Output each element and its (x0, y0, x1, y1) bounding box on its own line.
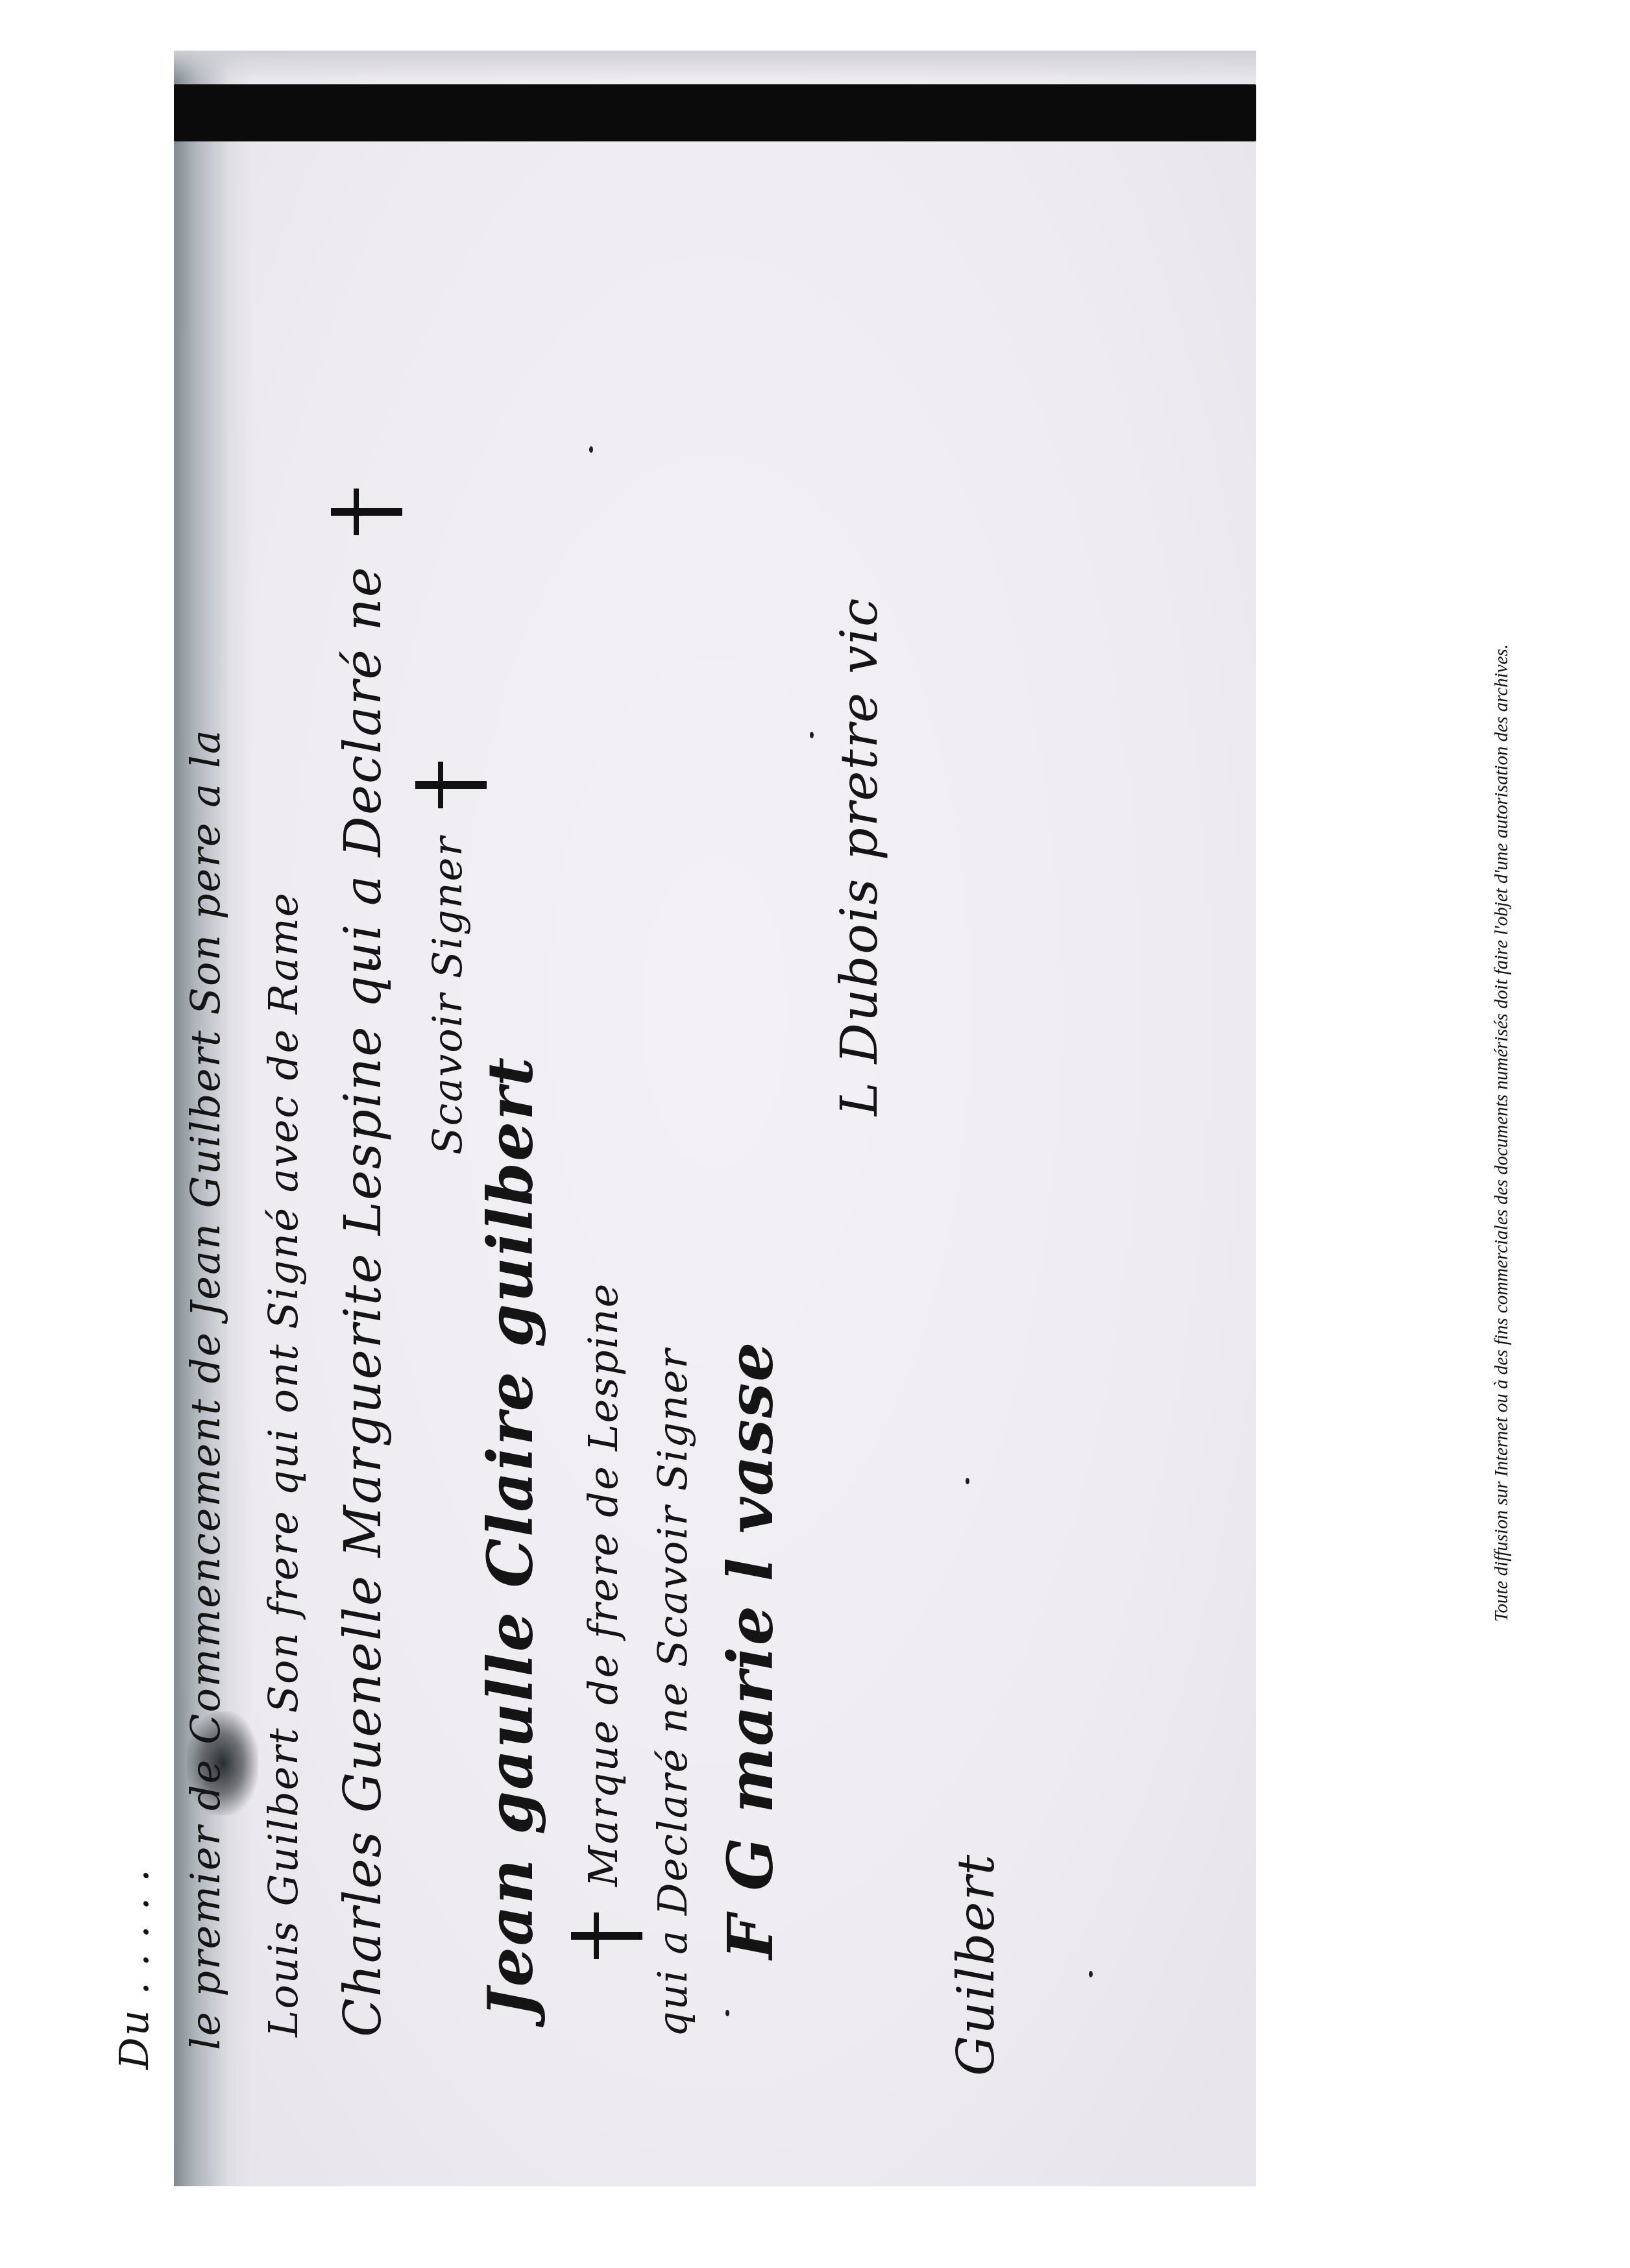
manuscript-line-3: Louis Guilbert Son frere qui ont Signé a… (260, 892, 307, 2037)
manuscript-line-8: qui a Declaré ne Scavoir Signer (649, 1348, 696, 2037)
manuscript-line-7: Marque de frere de Lespine (571, 1283, 642, 1972)
cross-mark-icon (571, 1914, 642, 1959)
manuscript-line-6: Jean gaulle Claire guilbert (474, 1056, 547, 2018)
ink-speck (1089, 1971, 1093, 1977)
manuscript-line-5-text: Scavoir Signer (424, 836, 471, 1155)
manuscript-line-4: Charles Guenelle Marguerite Lespine qui … (331, 477, 402, 2037)
manuscript-line-1: Du . . . . . (110, 1868, 158, 2069)
manuscript-line-10: L Dubois pretre vic (831, 597, 889, 1116)
manuscript-line-4-text: Charles Guenelle Marguerite Lespine qui … (334, 566, 393, 2037)
scan-top-edge-shadow (174, 51, 1256, 80)
archive-watermark: Toute diffusion sur Internet ou à des fi… (1491, 644, 1513, 1622)
manuscript-line-9: F G marie l vasse (714, 1341, 787, 1959)
cross-mark-icon (415, 763, 487, 808)
cross-mark-icon (331, 490, 402, 535)
manuscript-line-2: le premier de Commencement de Jean Guilb… (182, 729, 229, 2050)
manuscript-line-11: Guilbert (947, 1853, 1006, 2076)
manuscript-line-7-text: Marque de frere de Lespine (579, 1283, 627, 1887)
handwritten-text-block: Du . . . . . le premier de Commencement … (91, 97, 1064, 2076)
